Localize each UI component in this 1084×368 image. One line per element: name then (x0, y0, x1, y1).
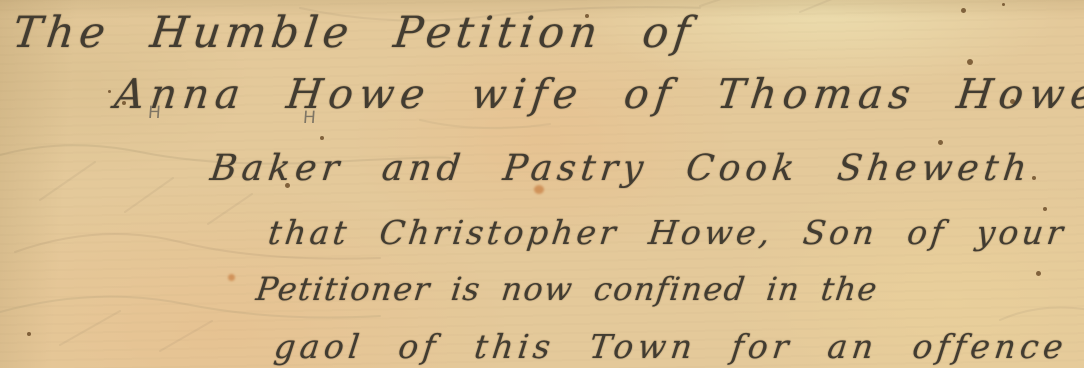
foxing-spot (1010, 99, 1015, 104)
foxing-spot (1043, 207, 1047, 211)
stain-spot (534, 185, 544, 194)
foxing-spot (967, 59, 973, 65)
foxing-spot (27, 332, 31, 336)
foxing-spot (1036, 271, 1041, 276)
manuscript-line-1: The Humble Petition of (10, 8, 698, 58)
manuscript-line-6: gaol of this Town for an offence (272, 327, 1070, 366)
manuscript-page: The Humble Petition of Anna Howe wife of… (0, 0, 1084, 368)
manuscript-line-3: Baker and Pastry Cook Sheweth (208, 148, 1034, 189)
manuscript-line-5: Petitioner is now confined in the (254, 270, 880, 308)
foxing-spot (108, 90, 111, 93)
foxing-spot (938, 140, 943, 145)
foxing-spot (1032, 176, 1036, 180)
foxing-spot (585, 14, 589, 18)
pencil-annotation-h-2: H (302, 108, 316, 128)
foxing-spot (122, 101, 126, 105)
foxing-spot (285, 183, 290, 188)
foxing-spot (1002, 3, 1005, 6)
manuscript-line-2: Anna Howe wife of Thomas Howe (112, 70, 1084, 118)
foxing-spot (320, 136, 324, 140)
stain-spot (228, 274, 235, 281)
foxing-spot (961, 8, 966, 13)
pencil-annotation-h-1: H (147, 103, 161, 123)
manuscript-line-4: that Christopher Howe, Son of your (266, 213, 1069, 252)
